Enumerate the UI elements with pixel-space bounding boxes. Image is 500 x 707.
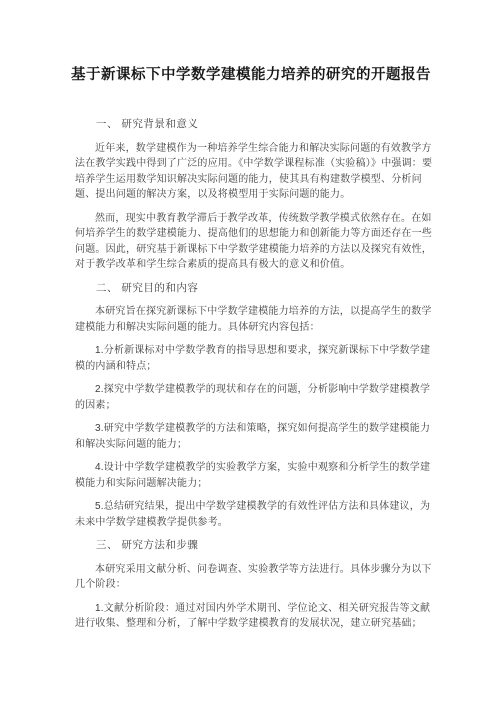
section-heading-1: 一、 研究背景和意义 [75, 117, 437, 133]
list-item: 2.探究中学数学建模教学的现状和存在的问题，分析影响中学数学建模教学的因素； [75, 382, 437, 413]
list-item: 3.研究中学数学建模教学的方法和策略，探究如何提高学生的数学建模能力和解决实际问… [75, 421, 437, 452]
paragraph: 本研究旨在探究新课标下中学数学建模能力培养的方法，以提高学生的数学建模能力和解决… [75, 304, 437, 335]
paragraph: 本研究采用文献分析、问卷调查、实验教学等方法进行。具体步骤分为以下几个阶段： [75, 562, 437, 593]
list-item: 4.设计中学数学建模教学的实验教学方案，实验中观察和分析学生的数学建模能力和实际… [75, 460, 437, 491]
paragraph: 然而，现实中教育教学滞后于教学改革，传统数学教学模式依然存在。在如何培养学生的数… [75, 211, 437, 273]
section-heading-2: 二、 研究目的和内容 [75, 281, 437, 297]
document-title: 基于新课标下中学数学建模能力培养的研究的开题报告 [65, 62, 437, 88]
list-item: 1.分析新课标对中学数学教育的指导思想和要求，探究新课标下中学数学建模的内涵和特… [75, 343, 437, 374]
paragraph: 近年来，数学建模作为一种培养学生综合能力和解决实际问题的有效教学方法在教学实践中… [75, 141, 437, 203]
section-heading-3: 三、 研究方法和步骤 [75, 538, 437, 554]
list-item: 1.文献分析阶段：通过对国内外学术期刊、学位论文、相关研究报告等文献进行收集、整… [75, 601, 437, 632]
section-methods-steps: 三、 研究方法和步骤 本研究采用文献分析、问卷调查、实验教学等方法进行。具体步骤… [75, 538, 437, 632]
list-item: 5.总结研究结果，提出中学数学建模教学的有效性评估方法和具体建议，为未来中学数学… [75, 499, 437, 530]
section-purpose-content: 二、 研究目的和内容 本研究旨在探究新课标下中学数学建模能力培养的方法，以提高学… [75, 281, 437, 531]
document-page: 基于新课标下中学数学建模能力培养的研究的开题报告 一、 研究背景和意义 近年来，… [0, 0, 500, 707]
section-background: 一、 研究背景和意义 近年来，数学建模作为一种培养学生综合能力和解决实际问题的有… [75, 117, 437, 273]
